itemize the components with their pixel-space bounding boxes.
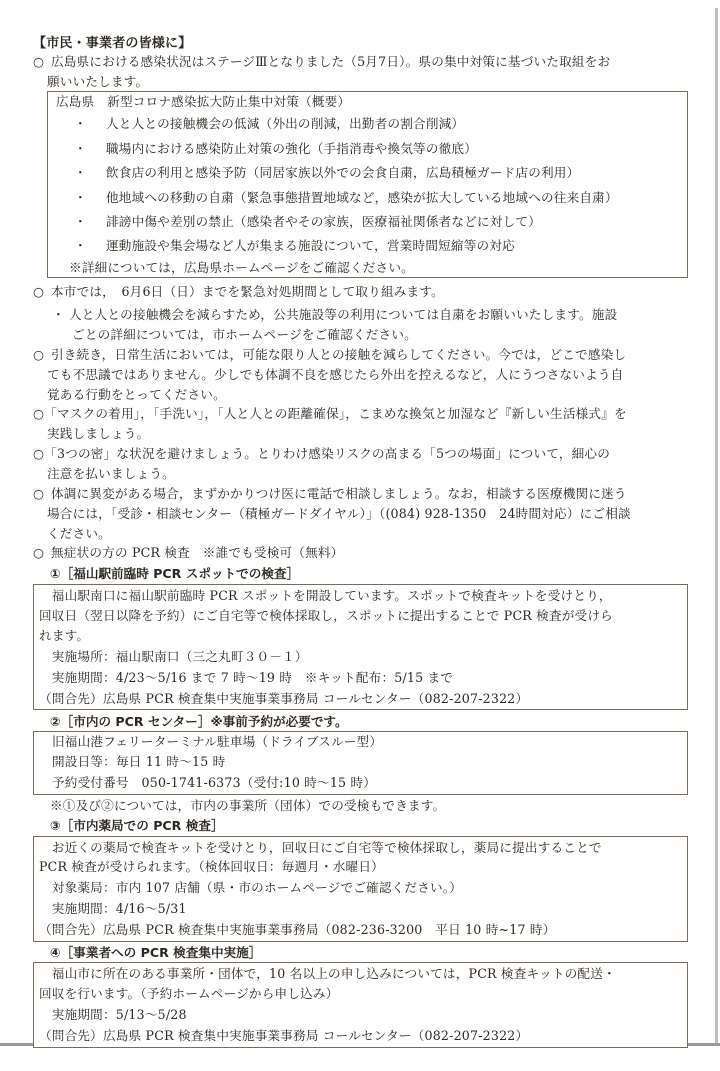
circle-marker-icon: ○ — [33, 345, 51, 365]
pcr-section-2-note: ※①及び②については，市内の事業所（団体）での受検もできます。 — [50, 796, 445, 816]
three-c-paragraph: ○「3つの密」な状況を避けましょう。とりわけ感染リスクの高まる「5つの場面」につ… — [33, 444, 610, 484]
measure-item: ・運動施設や集会場など人が集まる施設について，営業時間短縮等の対応 — [74, 236, 515, 256]
section-heading: 【市民・事業者の皆様に】 — [33, 34, 191, 54]
intro-paragraph: ○広島県における感染状況はステージⅢとなりました（5月7日）。県の集中対策に基づ… — [33, 52, 610, 92]
circle-marker-icon: ○ — [33, 484, 51, 504]
measure-item: ・他地域への移動の自粛（緊急事態措置地域など，感染が拡大している地域への往来自粛… — [74, 188, 618, 208]
circle-marker-icon: ○ — [33, 52, 51, 72]
measure-item: ・人と人との接触機会の低減（外出の削減，出勤者の割合削減） — [74, 114, 464, 134]
city-period-paragraph: ○本市では， 6月6日（日）までを緊急対処期間として取り組みます。 ・ 人と人と… — [33, 282, 617, 345]
pcr-section-3-title: ③［市内薬局での PCR 検査］ — [50, 815, 224, 834]
prefecture-measures-box: 広島県 新型コロナ感染拡大防止集中対策（概要） ・人と人との接触機会の低減（外出… — [47, 91, 688, 278]
box-title: 広島県 新型コロナ感染拡大防止集中対策（概要） — [56, 92, 350, 112]
pcr-section-1-title: ①［福山駅前臨時 PCR スポットでの検査］ — [50, 563, 299, 582]
measure-item: ・職場内における感染防止対策の強化（手指消毒や換気等の徹底） — [74, 139, 477, 159]
daily-life-paragraph: ○引き続き，日常生活においては，可能な限り人との接触を減らしてください。今では，… — [33, 345, 626, 405]
pcr-section-4-box: 福山市に所在のある事業所・団体で，10 名以上の申し込みについては，PCR 検査… — [33, 962, 688, 1048]
measure-item: ・誹謗中傷や差別の禁止（感染者やその家族，医療福祉関係者などに対して） — [74, 212, 541, 232]
pcr-section-2-box: 旧福山港フェリーターミナル駐車場（ドライブスルー型） 開設日等：毎日 11 時～… — [33, 731, 688, 795]
circle-marker-icon: ○ — [33, 543, 51, 563]
new-lifestyle-paragraph: ○「マスクの着用」，「手洗い」，「人と人との距離確保」，こまめな換気と加湿など『… — [33, 404, 627, 444]
consultation-paragraph: ○体調に異変がある場合，まずかかりつけ医に電話で相談しましょう。なお，相談する医… — [33, 484, 631, 544]
measure-item: ・飲食店の利用と感染予防（同居家族以外での会食自粛，広島積極ガード店の利用） — [74, 163, 579, 183]
pcr-section-2-title: ②［市内の PCR センター］※事前予約が必要です。 — [50, 711, 348, 730]
pcr-section-3-box: お近くの薬局で検査キットを受けとり，回収日にご自宅等で検体採取し，薬局に提出する… — [33, 836, 688, 942]
pcr-section-1-box: 福山駅南口に福山駅前臨時 PCR スポットを開設しています。スポットで検査キット… — [33, 584, 688, 710]
circle-marker-icon: ○ — [33, 282, 51, 302]
page-edge — [715, 8, 718, 1044]
box-note: ※詳細については，広島県ホームページをご確認ください。 — [69, 258, 414, 278]
pcr-section-4-title: ④［事業者への PCR 検査集中実施］ — [50, 942, 261, 961]
pcr-intro: ○無症状の方の PCR 検査 ※誰でも受検可（無料） — [33, 543, 343, 563]
